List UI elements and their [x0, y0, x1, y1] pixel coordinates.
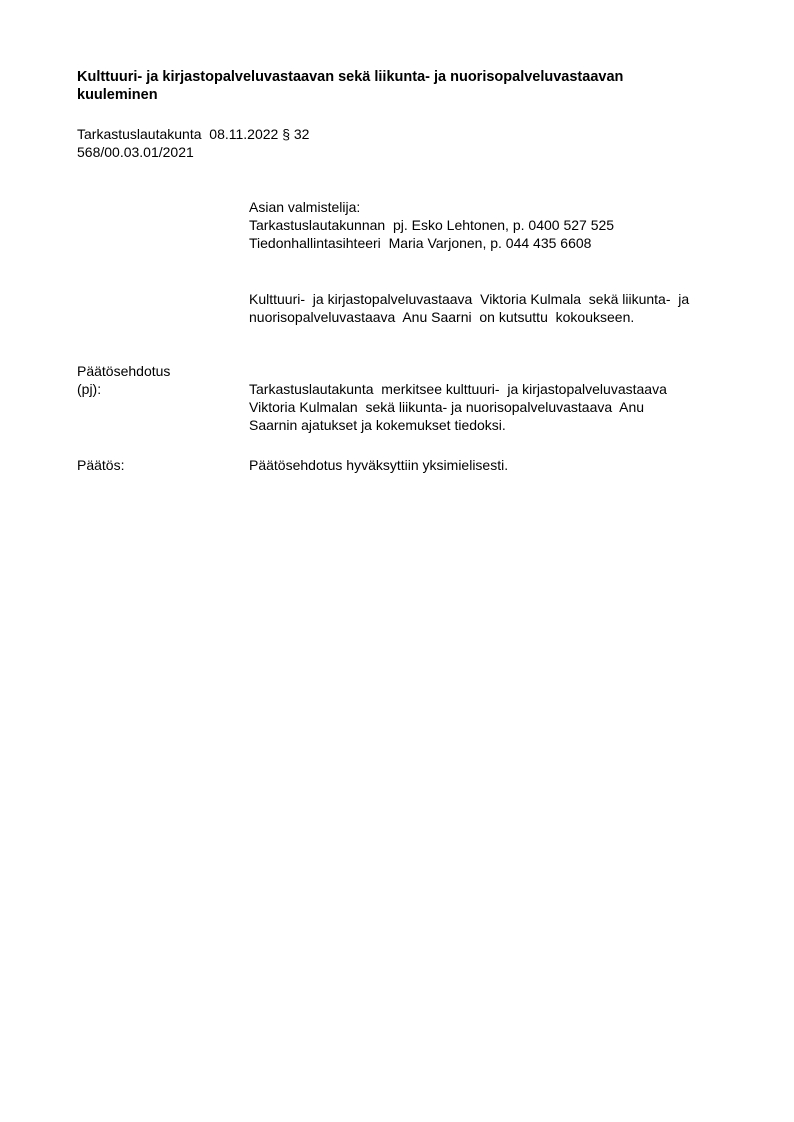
proposal-label: Päätösehdotus (pj):	[77, 362, 170, 398]
title-line-1: Kulttuuri- ja kirjastopalveluvastaavan s…	[77, 68, 717, 86]
board-date-section: Tarkastuslautakunta 08.11.2022 § 32	[77, 125, 309, 143]
invitation-block: Kulttuuri- ja kirjastopalveluvastaava Vi…	[249, 290, 749, 326]
decision-label: Päätös:	[77, 456, 124, 474]
document-meta: Tarkastuslautakunta 08.11.2022 § 32 568/…	[77, 125, 309, 161]
invitation-line: Kulttuuri- ja kirjastopalveluvastaava Vi…	[249, 290, 749, 308]
title-line-2: kuuleminen	[77, 86, 717, 104]
proposal-label-line-2: (pj):	[77, 380, 170, 398]
decision-text: Päätösehdotus hyväksyttiin yksimielisest…	[249, 456, 749, 474]
preparer-block: Asian valmistelija: Tarkastuslautakunnan…	[249, 198, 749, 252]
document-title: Kulttuuri- ja kirjastopalveluvastaavan s…	[77, 68, 717, 104]
proposal-line: Saarnin ajatukset ja kokemukset tiedoksi…	[249, 416, 749, 434]
diary-number: 568/00.03.01/2021	[77, 143, 309, 161]
preparer-heading: Asian valmistelija:	[249, 198, 749, 216]
preparer-line: Tiedonhallintasihteeri Maria Varjonen, p…	[249, 234, 749, 252]
proposal-text: Tarkastuslautakunta merkitsee kulttuuri-…	[249, 380, 749, 434]
invitation-line: nuorisopalveluvastaava Anu Saarni on kut…	[249, 308, 749, 326]
preparer-line: Tarkastuslautakunnan pj. Esko Lehtonen, …	[249, 216, 749, 234]
proposal-line: Tarkastuslautakunta merkitsee kulttuuri-…	[249, 380, 749, 398]
proposal-line: Viktoria Kulmalan sekä liikunta- ja nuor…	[249, 398, 749, 416]
proposal-label-line-1: Päätösehdotus	[77, 362, 170, 380]
